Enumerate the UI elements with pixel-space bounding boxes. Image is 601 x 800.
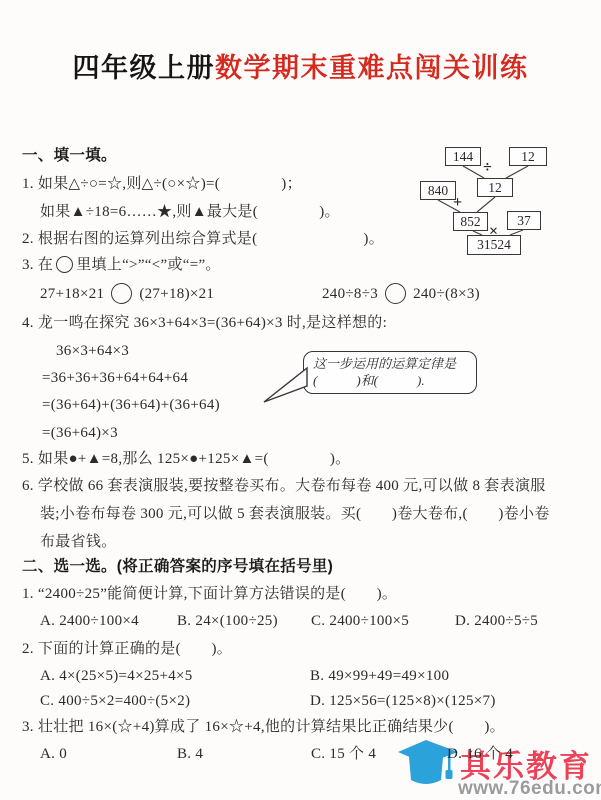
- diagram-box-31524: 31524: [467, 235, 521, 255]
- q3-prefix: 3. 在: [22, 257, 53, 273]
- q2-close-paren: )。: [363, 231, 384, 247]
- q3-comparison-right: 240÷8÷3240÷(8×3): [322, 283, 480, 304]
- title-subject: 数学期末重难点闯关训练: [215, 53, 529, 83]
- worksheet-page: 四年级上册数学期末重难点闯关训练 一、填一填。 1. 如果△÷○=☆,则△÷(○…: [0, 0, 601, 800]
- s2-q3: 3. 壮壮把 16×(☆+4)算成了 16×☆+4,他的计算结果比正确结果少( …: [22, 717, 505, 737]
- speech-bubble: 这一步运用的运算定律是 ( )和( ).: [303, 351, 477, 394]
- section2-header: 二、选一选。(将正确答案的序号填在括号里): [22, 557, 333, 577]
- diagram-box-37: 37: [507, 211, 541, 230]
- q4-step1: =36+36+36+64+64+64: [42, 368, 188, 388]
- bubble-text-line1: 这一步运用的运算定律是: [313, 355, 470, 372]
- s2-q3-option-c: C. 15 个 4: [311, 744, 376, 764]
- divide-operator: ÷: [483, 159, 492, 177]
- brand-url: www.76edu.com: [458, 778, 601, 800]
- diagram-box-852: 852: [453, 212, 488, 231]
- brand-watermark: 其乐教育 www.76edu.com: [396, 728, 601, 800]
- q3-suffix: 里填上“>”“<”或“=”。: [76, 257, 221, 273]
- q3-instruction: 3. 在里填上“>”“<”或“=”。: [22, 255, 221, 275]
- answer-circle-icon: [385, 283, 406, 304]
- q1-line1: 1. 如果△÷○=☆,则△÷(○×☆)=( )；: [22, 174, 302, 194]
- q3-comparison-left: 27+18×21(27+18)×21: [40, 283, 214, 304]
- operation-tree-diagram: 144 12 ÷ 12 840 + 852 37 × 31524: [415, 143, 560, 261]
- q4-step0: 36×3+64×3: [56, 341, 129, 361]
- q3-left-expression-b: (27+18)×21: [139, 286, 214, 302]
- page-title: 四年级上册数学期末重难点闯关训练: [0, 46, 601, 85]
- s2-q1-option-c: C. 2400÷100×5: [311, 611, 409, 631]
- speech-bubble-tail: [262, 362, 308, 408]
- s2-q1-option-b: B. 24×(100÷25): [177, 611, 278, 631]
- s2-q3-option-b: B. 4: [177, 744, 203, 764]
- q3-right-expression-a: 240÷8÷3: [322, 286, 378, 302]
- q5-line: 5. 如果●+▲=8,那么 125×●+125×▲=( )。: [22, 449, 350, 469]
- s2-q1-option-a: A. 2400÷100×4: [40, 611, 139, 631]
- answer-circle-icon: [111, 283, 132, 304]
- diagram-box-144: 144: [445, 147, 481, 166]
- s2-q1: 1. “2400÷25”能简便计算,下面计算方法错误的是( )。: [22, 584, 397, 604]
- q1-line2: 如果▲÷18=6……★,则▲最大是( )。: [40, 202, 340, 222]
- q4-step2: =(36+64)+(36+64)+(36+64): [42, 395, 220, 415]
- q3-right-expression-b: 240÷(8×3): [413, 286, 480, 302]
- s2-q2-option-a: A. 4×(25×5)=4×25+4×5: [40, 666, 193, 686]
- plus-operator: +: [453, 194, 462, 212]
- q3-left-expression-a: 27+18×21: [40, 286, 104, 302]
- diagram-box-12-mid: 12: [477, 178, 513, 197]
- title-grade: 四年级上册: [73, 53, 216, 83]
- s2-q1-option-d: D. 2400÷5÷5: [455, 611, 538, 631]
- diagram-box-12-top: 12: [509, 147, 547, 166]
- s2-q2: 2. 下面的计算正确的是( )。: [22, 639, 232, 659]
- answer-circle-icon: [56, 256, 73, 273]
- s2-q3-option-d: D. 16 个 4: [447, 744, 513, 764]
- diagram-box-840: 840: [420, 181, 456, 200]
- section1-header: 一、填一填。: [22, 146, 117, 166]
- s2-q2-option-c: C. 400÷5×2=400÷(5×2): [40, 691, 190, 711]
- q2-line: 2. 根据右图的运算列出综合算式是()。: [22, 229, 384, 249]
- s2-q2-option-b: B. 49×99+49=49×100: [310, 666, 449, 686]
- q6-line3: 布最省钱。: [40, 532, 117, 552]
- q2-text: 2. 根据右图的运算列出综合算式是(: [22, 231, 257, 247]
- q6-line1: 6. 学校做 66 套表演服装,要按整卷买布。大卷布每卷 400 元,可以做 8…: [22, 476, 546, 496]
- q4-step3: =(36+64)×3: [42, 423, 118, 443]
- q4-intro: 4. 龙一鸣在探究 36×3+64×3=(36+64)×3 时,是这样想的:: [22, 313, 387, 333]
- bubble-text-line2: ( )和( ).: [313, 372, 470, 389]
- s2-q3-option-a: A. 0: [40, 744, 67, 764]
- q6-line2: 装;小卷布每卷 300 元,可以做 5 套表演服装。买( )卷大卷布,( )卷小…: [40, 504, 550, 524]
- s2-q2-option-d: D. 125×56=(125×8)×(125×7): [310, 691, 496, 711]
